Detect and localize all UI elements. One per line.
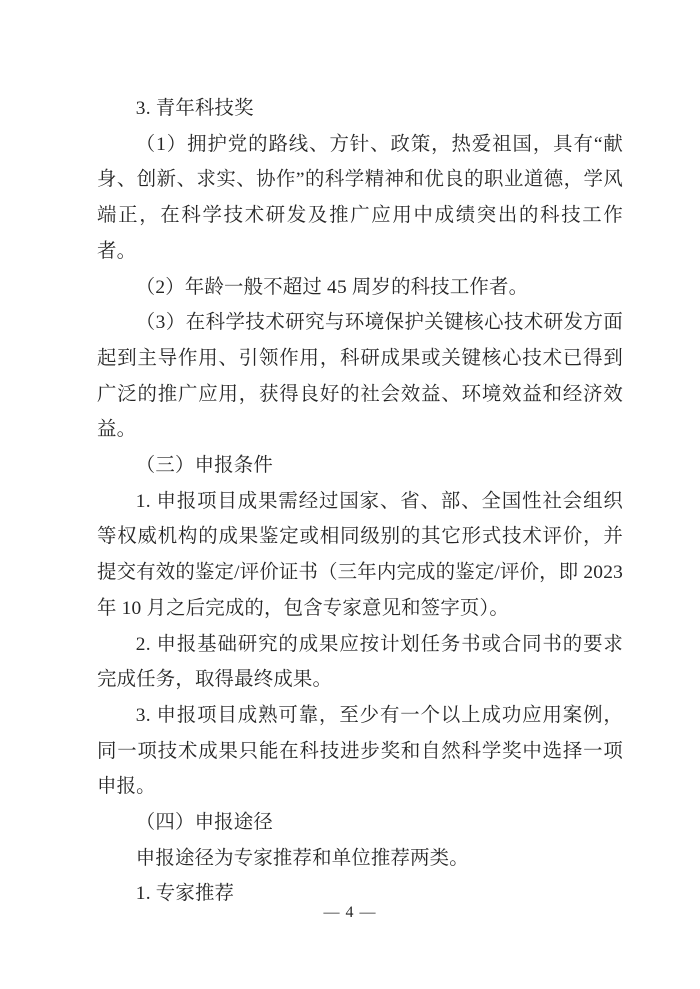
heading-application-conditions: （三）申报条件 xyxy=(97,448,623,484)
page-number: — 4 — xyxy=(0,901,700,925)
heading-youth-science-award: 3. 青年科技奖 xyxy=(97,91,623,127)
paragraph-condition-1: （1）拥护党的路线、方针、政策，热爱祖国，具有“献身、创新、求实、协作”的科学精… xyxy=(97,127,623,270)
document-page: 3. 青年科技奖 （1）拥护党的路线、方针、政策，热爱祖国，具有“献身、创新、求… xyxy=(0,0,700,989)
paragraph-condition-3: （3）在科学技术研究与环境保护关键核心技术研发方面起到主导作用、引领作用，科研成… xyxy=(97,305,623,448)
document-text: 3. 青年科技奖 （1）拥护党的路线、方针、政策，热爱祖国，具有“献身、创新、求… xyxy=(97,91,623,912)
paragraph-condition-2: （2）年龄一般不超过 45 周岁的科技工作者。 xyxy=(97,270,623,306)
paragraph-requirement-3: 3. 申报项目成熟可靠，至少有一个以上成功应用案例，同一项技术成果只能在科技进步… xyxy=(97,698,623,805)
paragraph-requirement-1: 1. 申报项目成果需经过国家、省、部、全国性社会组织等权威机构的成果鉴定或相同级… xyxy=(97,484,623,627)
heading-application-channels: （四）申报途径 xyxy=(97,805,623,841)
paragraph-requirement-2: 2. 申报基础研究的成果应按计划任务书或合同书的要求完成任务，取得最终成果。 xyxy=(97,627,623,698)
paragraph-channels-intro: 申报途径为专家推荐和单位推荐两类。 xyxy=(97,841,623,877)
